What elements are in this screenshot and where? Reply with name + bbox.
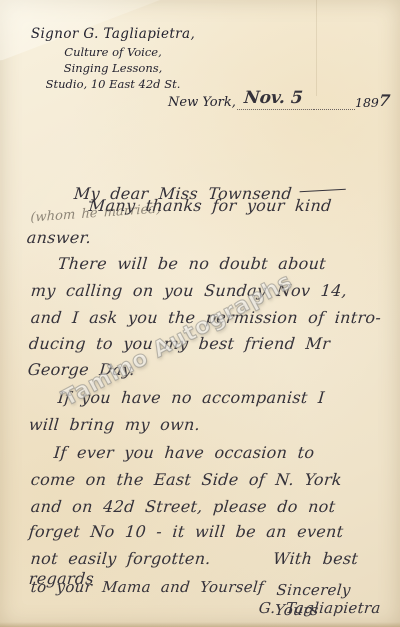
- dateline-dotted-leader: [313, 96, 355, 110]
- letter-line: come on the East Side of N. York: [30, 470, 343, 490]
- letterhead-name: Signor G. Tagliapietra,: [30, 26, 196, 42]
- letter-line: my calling on you Sunday Nov 14,: [30, 281, 348, 301]
- letter-photo: Signor G. Tagliapietra, Culture of Voice…: [0, 0, 400, 627]
- letter-line: Many thanks for your kind: [88, 196, 333, 216]
- dateline-handwritten-date: Nov. 5: [237, 88, 314, 110]
- dateline-year-written: 7: [378, 91, 391, 110]
- letter-line: and on 42d Street, please do not: [30, 497, 336, 517]
- signature: G. Tagliapietra: [258, 598, 382, 618]
- paper-edge-shadow: [0, 622, 400, 627]
- letter-line: There will be no doubt about: [57, 254, 327, 274]
- letter-line: If you have no accompanist I: [57, 388, 326, 408]
- letter-line: forget No 10 - it will be an event: [28, 522, 344, 542]
- letterhead: Signor G. Tagliapietra, Culture of Voice…: [30, 26, 196, 91]
- letter-line: and I ask you the permission of intro-: [30, 308, 382, 328]
- letter-line: ducing to you my best friend Mr: [28, 334, 331, 354]
- letter-line: If ever you have occasion to: [53, 443, 315, 463]
- dateline-year-printed: 189: [355, 95, 379, 110]
- letterhead-subtitle-2: Singing Lessons,: [30, 61, 196, 75]
- ink-flourish-line: [299, 189, 345, 192]
- dateline: New York, Nov. 5 189 7: [168, 88, 390, 110]
- dateline-place: New York,: [168, 95, 236, 110]
- letterhead-subtitle-1: Culture of Voice,: [30, 45, 196, 59]
- paper-crease-vertical: [316, 0, 317, 96]
- letter-line: George Day.: [27, 360, 136, 380]
- letter-line: will bring my own.: [28, 415, 201, 435]
- letter-line: answer.: [26, 228, 92, 248]
- letter-line: to your Mama and Yourself: [30, 577, 265, 597]
